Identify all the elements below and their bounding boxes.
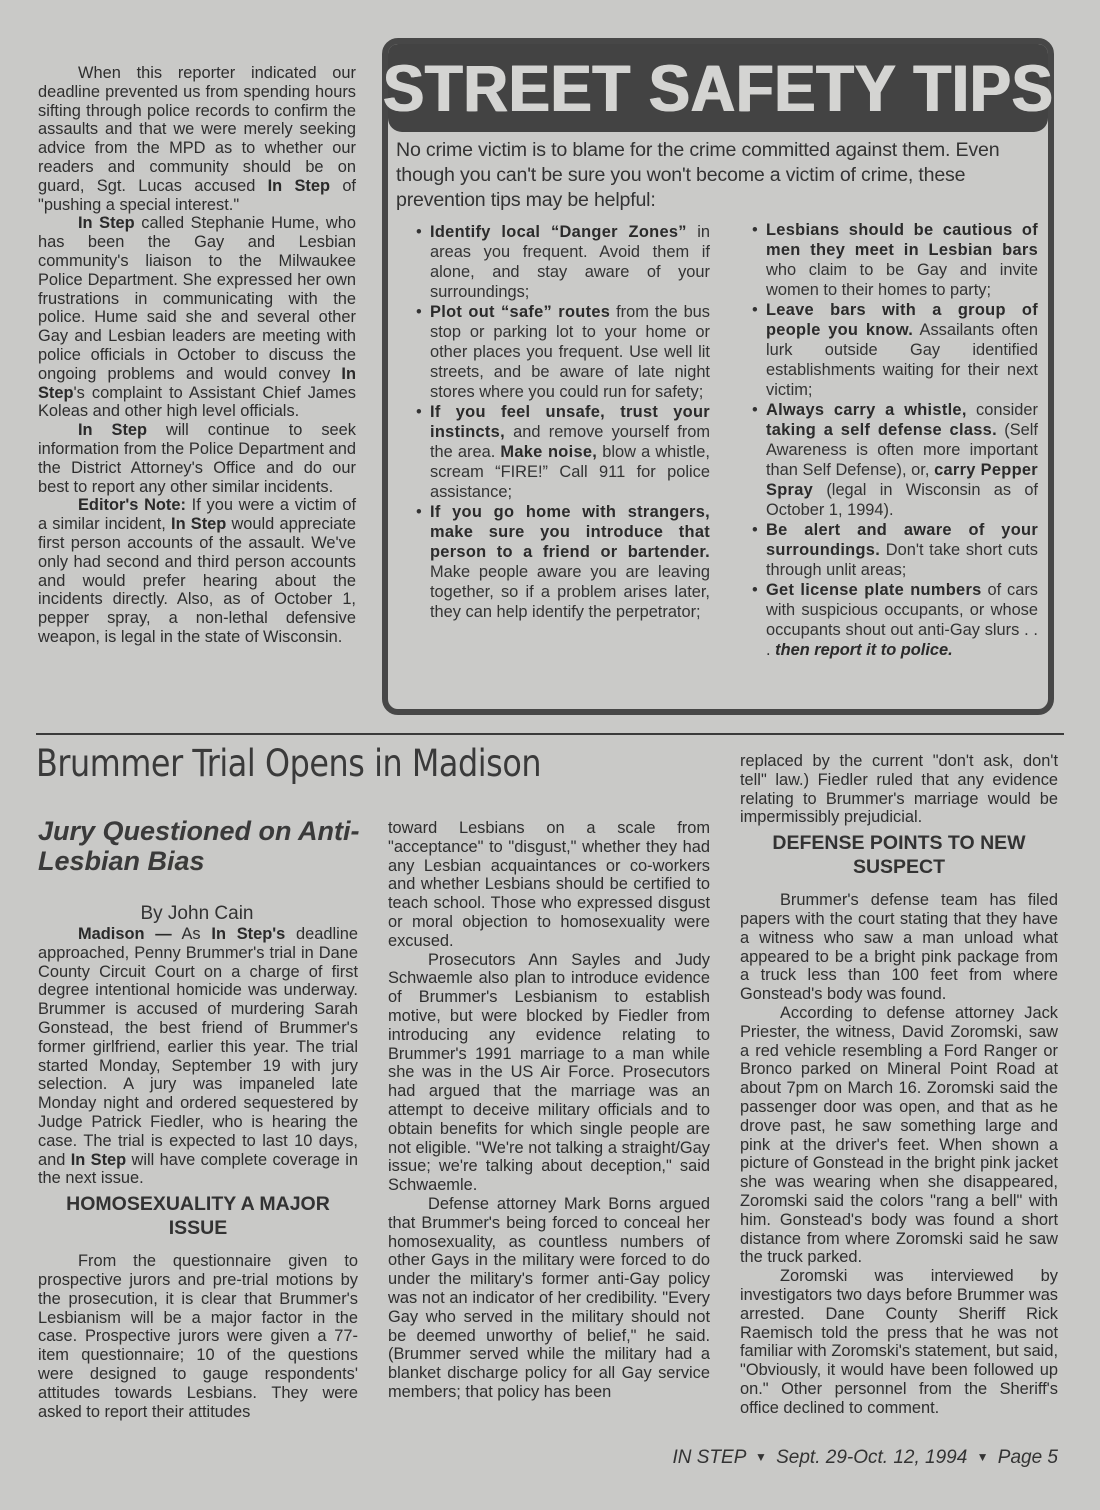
safety-tip: Lesbians should be cautious of men they … (752, 220, 1038, 300)
article-column-2: toward Lesbians on a scale from "accepta… (388, 819, 710, 1402)
article-byline: By John Cain (38, 903, 356, 925)
tips-list-right: Lesbians should be cautious of men they … (752, 220, 1038, 660)
paragraph: Editor's Note: If you were a victim of a… (38, 496, 356, 646)
safety-tip: Leave bars with a group of people you kn… (752, 300, 1038, 400)
safety-tip: Get license plate numbers of cars with s… (752, 580, 1038, 660)
paragraph: replaced by the current "don't ask, don'… (740, 752, 1058, 827)
safety-tip: Always carry a whistle, consider taking … (752, 400, 1038, 520)
safety-tip: If you feel unsafe, trust your instincts… (416, 402, 710, 502)
story-continuation-column: When this reporter indicated our deadlin… (38, 64, 356, 647)
publication-name: IN STEP (672, 1447, 745, 1468)
triangle-down-icon: ▼ (977, 1450, 989, 1464)
section-divider (36, 733, 1064, 735)
paragraph: Zoromski was interviewed by investigator… (740, 1267, 1058, 1417)
page-number: Page 5 (998, 1447, 1058, 1468)
safety-tips-intro: No crime victim is to blame for the crim… (396, 138, 1044, 213)
safety-tip: Plot out “safe” routes from the bus stop… (416, 302, 710, 402)
safety-tip: Identify local “Danger Zones” in areas y… (416, 222, 710, 302)
tips-list-left: Identify local “Danger Zones” in areas y… (416, 222, 710, 622)
paragraph: toward Lesbians on a scale from "accepta… (388, 819, 710, 951)
page-footer: IN STEP ▼ Sept. 29-Oct. 12, 1994 ▼ Page … (672, 1447, 1058, 1469)
safety-tip: If you go home with strangers, make sure… (416, 502, 710, 622)
paragraph: Madison — As In Step's deadline approach… (38, 925, 358, 1188)
issue-dates: Sept. 29-Oct. 12, 1994 (776, 1447, 967, 1468)
article-column-3: replaced by the current "don't ask, don'… (740, 752, 1058, 1418)
safety-tips-header: STREET SAFETY TIPS (388, 44, 1048, 132)
safety-tip: Be alert and aware of your surroundings.… (752, 520, 1038, 580)
article-column-1: Madison — As In Step's deadline approach… (38, 925, 358, 1421)
paragraph: Prosecutors Ann Sayles and Judy Schwaeml… (388, 951, 710, 1195)
article-headline: Brummer Trial Opens in Madison (36, 742, 541, 785)
paragraph: From the questionnaire given to prospect… (38, 1252, 358, 1421)
street-safety-tips-box: STREET SAFETY TIPS No crime victim is to… (382, 38, 1054, 715)
safety-tips-title: STREET SAFETY TIPS (383, 50, 1053, 126)
paragraph: Brummer's defense team has filed papers … (740, 891, 1058, 1004)
paragraph: Defense attorney Mark Borns argued that … (388, 1195, 710, 1402)
triangle-down-icon: ▼ (755, 1450, 767, 1464)
paragraph: In Step called Stephanie Hume, who has b… (38, 214, 356, 421)
article-subhead: Jury Questioned on Anti-Lesbian Bias (38, 816, 368, 876)
section-heading: HOMOSEXUALITY A MAJOR ISSUE (38, 1192, 358, 1240)
paragraph: When this reporter indicated our deadlin… (38, 64, 356, 214)
paragraph: According to defense attorney Jack Pries… (740, 1004, 1058, 1267)
section-heading: DEFENSE POINTS TO NEW SUSPECT (740, 831, 1058, 879)
paragraph: In Step will continue to seek informatio… (38, 421, 356, 496)
